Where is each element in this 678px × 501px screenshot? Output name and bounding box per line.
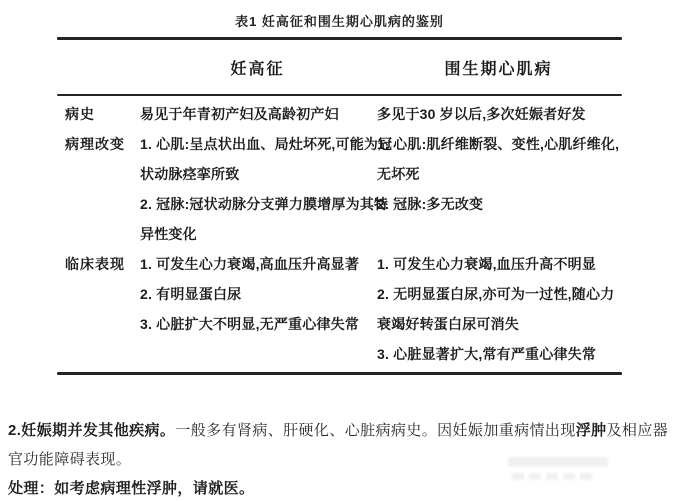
handling-advice: 处理：如考虑病理性浮肿，请就医。 [8,474,670,501]
table-body: 病史 易见于年青初产妇及高龄初产妇 多见于30 岁以后,多次妊娠者好发 病理改变… [57,96,622,372]
row-label-pathology: 病理改变 [57,129,140,249]
cell-line: 1. 心肌:呈点状出血、局灶坏死,可能为冠 [140,129,375,159]
cell-clinical-ppcm: 1. 可发生心力衰竭,血压升高不明显 2. 无明显蛋白尿,亦可为一过性,随心力 … [375,249,622,369]
edema-term: 浮肿 [576,422,607,439]
cell-line: 易见于年青初产妇及高龄初产妇 [140,99,375,129]
cell-line: 无坏死 [377,159,622,189]
cell-line: 2. 冠脉:多无改变 [377,189,622,219]
table-row-pathology: 病理改变 1. 心肌:呈点状出血、局灶坏死,可能为冠 状动脉痉挛所致 2. 冠脉… [57,129,622,249]
comparison-table: 表1 妊高征和围生期心肌病的鉴别 妊高征 围生期心肌病 病史 易见于年青初产妇及… [57,12,622,375]
column-header-pih: 妊高征 [140,56,375,79]
table-row-history: 病史 易见于年青初产妇及高龄初产妇 多见于30 岁以后,多次妊娠者好发 [57,99,622,129]
table-row-clinical: 临床表现 1. 可发生心力衰竭,高血压升高显著 2. 有明显蛋白尿 3. 心脏扩… [57,249,622,369]
cell-line: 1. 可发生心力衰竭,血压升高不明显 [377,249,622,279]
cell-line: 1. 心肌:肌纤维断裂、变性,心肌纤维化, [377,129,622,159]
table-title: 表1 妊高征和围生期心肌病的鉴别 [57,12,622,37]
cell-line: 衰竭好转蛋白尿可消失 [377,309,622,339]
document-page: 表1 妊高征和围生期心肌病的鉴别 妊高征 围生期心肌病 病史 易见于年青初产妇及… [0,0,678,501]
cell-history-pih: 易见于年青初产妇及高龄初产妇 [140,99,375,129]
row-label-clinical: 临床表现 [57,249,140,369]
cell-line: 2. 冠脉:冠状动脉分支弹力膜增厚为其特 [140,189,375,219]
cell-clinical-pih: 1. 可发生心力衰竭,高血压升高显著 2. 有明显蛋白尿 3. 心脏扩大不明显,… [140,249,375,369]
paragraph-text-1: 一般多有肾病、肝硬化、心脏病病史。因妊娠加重病情出现 [175,422,575,439]
paragraph-lead: 2.妊娠期并发其他疾病。 [8,422,175,439]
cell-pathology-pih: 1. 心肌:呈点状出血、局灶坏死,可能为冠 状动脉痉挛所致 2. 冠脉:冠状动脉… [140,129,375,249]
cell-line: 异性变化 [140,219,375,249]
table-bottom-rule [57,372,622,375]
cell-line: 1. 可发生心力衰竭,高血压升高显著 [140,249,375,279]
cell-history-ppcm: 多见于30 岁以后,多次妊娠者好发 [375,99,622,129]
cell-line: 2. 有明显蛋白尿 [140,279,375,309]
notes-section: 2.妊娠期并发其他疾病。一般多有肾病、肝硬化、心脏病病史。因妊娠加重病情出现浮肿… [8,416,670,501]
cell-line: 3. 心脏显著扩大,常有严重心律失常 [377,339,622,369]
cell-pathology-ppcm: 1. 心肌:肌纤维断裂、变性,心肌纤维化, 无坏死 2. 冠脉:多无改变 [375,129,622,249]
table-header-row: 妊高征 围生期心肌病 [57,40,622,94]
column-header-ppcm: 围生期心肌病 [375,56,622,79]
cell-line: 状动脉痉挛所致 [140,159,375,189]
cell-line: 3. 心脏扩大不明显,无严重心律失常 [140,309,375,339]
complications-paragraph: 2.妊娠期并发其他疾病。一般多有肾病、肝硬化、心脏病病史。因妊娠加重病情出现浮肿… [8,416,670,474]
cell-line: 2. 无明显蛋白尿,亦可为一过性,随心力 [377,279,622,309]
row-label-history: 病史 [57,99,140,129]
cell-line: 多见于30 岁以后,多次妊娠者好发 [377,99,622,129]
